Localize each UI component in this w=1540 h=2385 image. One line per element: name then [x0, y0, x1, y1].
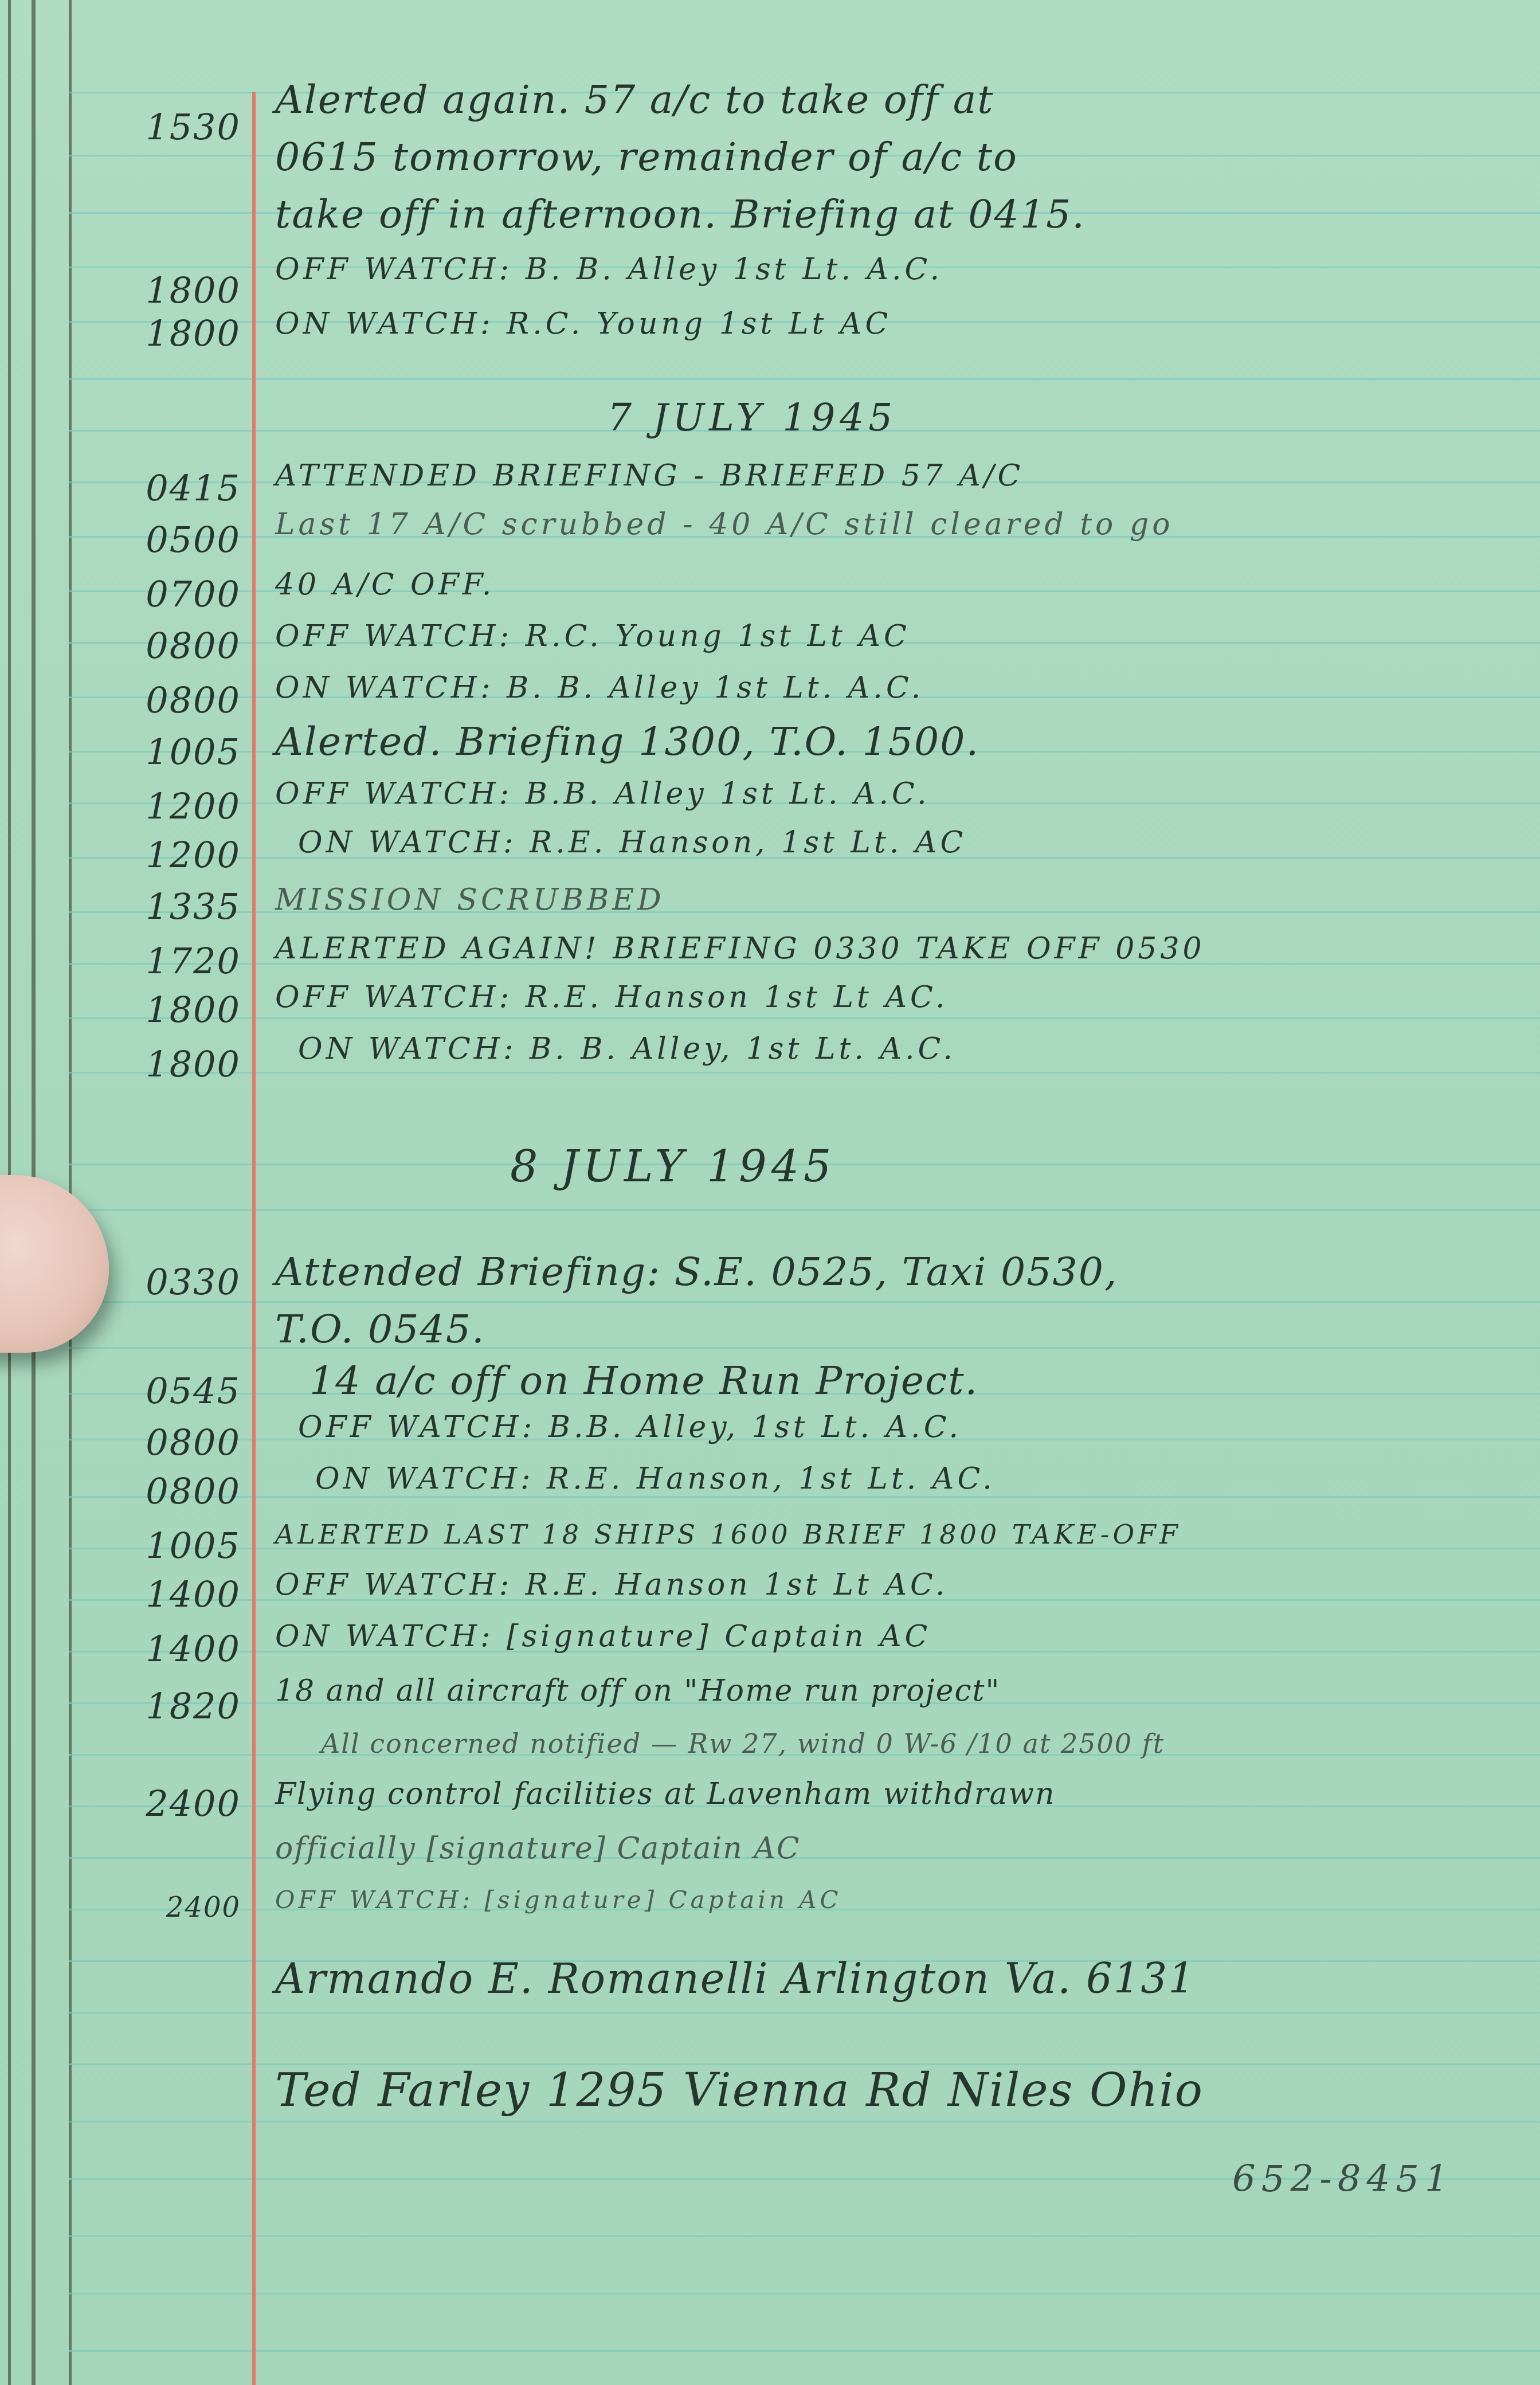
entry-time: 0800 [86, 625, 241, 667]
entry-text: OFF WATCH: [signature] Captain AC [275, 1886, 842, 1914]
entry-text: OFF WATCH: R.C. Young 1st Lt AC [275, 619, 910, 653]
entry-time: 1005 [86, 1525, 241, 1566]
entry-time: 0700 [86, 573, 241, 615]
date-heading: 7 JULY 1945 [608, 395, 897, 440]
ruled-line [69, 2350, 1540, 2352]
entry-time: 1335 [86, 886, 241, 927]
entry-text: ALERTED AGAIN! BRIEFING 0330 TAKE OFF 05… [275, 931, 1205, 966]
ruled-line [69, 1301, 1540, 1303]
entry-text: ON WATCH: B. B. Alley 1st Lt. A.C. [275, 671, 924, 705]
entry-text: T.O. 0545. [275, 1307, 485, 1352]
entry-text: OFF WATCH: R.E. Hanson 1st Lt AC. [275, 1568, 948, 1602]
entry-text: 40 A/C OFF. [275, 567, 495, 602]
red-margin-line [252, 92, 256, 2385]
entry-time: 1820 [86, 1685, 241, 1727]
phone-number: 652-8451 [1232, 2158, 1454, 2200]
footer-note: Armando E. Romanelli Arlington Va. 6131 [275, 1955, 1196, 2003]
date-heading: 8 JULY 1945 [510, 1141, 836, 1192]
entry-text: ON WATCH: R.C. Young 1st Lt AC [275, 307, 891, 341]
entry-time: 0415 [86, 467, 241, 509]
entry-time: 1800 [86, 989, 241, 1031]
entry-text: OFF WATCH: B.B. Alley 1st Lt. A.C. [275, 777, 930, 811]
entry-time: 1800 [86, 1043, 241, 1085]
ruled-line [69, 2121, 1540, 2122]
ruled-line [69, 2293, 1540, 2294]
footer-note: Ted Farley 1295 Vienna Rd Niles Ohio [275, 2063, 1204, 2117]
entry-time: 0330 [86, 1261, 241, 1303]
entry-text: officially [signature] Captain AC [275, 1831, 801, 1866]
entry-time: 0800 [86, 1421, 241, 1463]
entry-time: 0800 [86, 679, 241, 721]
entry-time: 1005 [86, 731, 241, 773]
entry-text: ON WATCH: B. B. Alley, 1st Lt. A.C. [298, 1032, 956, 1066]
ruled-line [69, 2012, 1540, 2014]
entry-text: ALERTED LAST 18 SHIPS 1600 BRIEF 1800 TA… [275, 1519, 1181, 1550]
entry-text: MISSION SCRUBBED [275, 883, 665, 917]
entry-text: All concerned notified — Rw 27, wind 0 W… [321, 1728, 1165, 1759]
entry-time: 0500 [86, 519, 241, 561]
entry-text: Last 17 A/C scrubbed - 40 A/C still clea… [275, 507, 1174, 542]
entry-text: Alerted again. 57 a/c to take off at [275, 77, 994, 123]
entry-time: 0545 [86, 1370, 241, 1412]
entry-time: 1800 [86, 312, 241, 354]
entry-text: 18 and all aircraft off on "Home run pro… [275, 1674, 1000, 1708]
entry-text: 14 a/c off on Home Run Project. [309, 1358, 978, 1404]
entry-time: 1400 [86, 1628, 241, 1670]
entry-text: OFF WATCH: B.B. Alley, 1st Lt. A.C. [298, 1410, 962, 1444]
logbook-page: 1530 Alerted again. 57 a/c to take off a… [0, 0, 1540, 2385]
entry-time: 0800 [86, 1470, 241, 1512]
entry-time: 1720 [86, 940, 241, 982]
entry-time: 2400 [86, 1783, 241, 1824]
thumb-holding-page [0, 1175, 109, 1353]
entry-text: ATTENDED BRIEFING - BRIEFED 57 A/C [275, 459, 1024, 493]
ruled-line [69, 378, 1540, 380]
entry-time: 1200 [86, 834, 241, 876]
entry-text: Alerted. Briefing 1300, T.O. 1500. [275, 719, 979, 765]
entry-text: OFF WATCH: R.E. Hanson 1st Lt AC. [275, 980, 948, 1015]
ruled-line [69, 1496, 1540, 1498]
ruled-line [69, 1017, 1540, 1019]
entry-time: 1200 [86, 785, 241, 827]
entry-text: OFF WATCH: B. B. Alley 1st Lt. A.C. [275, 252, 943, 287]
ruled-line [69, 2235, 1540, 2237]
entry-time: 1400 [86, 1573, 241, 1615]
entry-text: take off in afternoon. Briefing at 0415. [275, 192, 1086, 237]
entry-text: ON WATCH: [signature] Captain AC [275, 1619, 931, 1654]
ruled-line [69, 1072, 1540, 1074]
entry-time: 1530 [86, 106, 241, 148]
entry-text: Flying control facilities at Lavenham wi… [275, 1777, 1056, 1811]
entry-text: ON WATCH: R.E. Hanson, 1st Lt. AC. [315, 1462, 996, 1496]
entry-time: 1800 [86, 269, 241, 311]
entry-text: Attended Briefing: S.E. 0525, Taxi 0530, [275, 1250, 1118, 1295]
entry-text: 0615 tomorrow, remainder of a/c to [275, 135, 1018, 180]
ruled-line [69, 1209, 1540, 1211]
entry-text: ON WATCH: R.E. Hanson, 1st Lt. AC [298, 825, 966, 860]
entry-time: 2400 [86, 1891, 241, 1924]
